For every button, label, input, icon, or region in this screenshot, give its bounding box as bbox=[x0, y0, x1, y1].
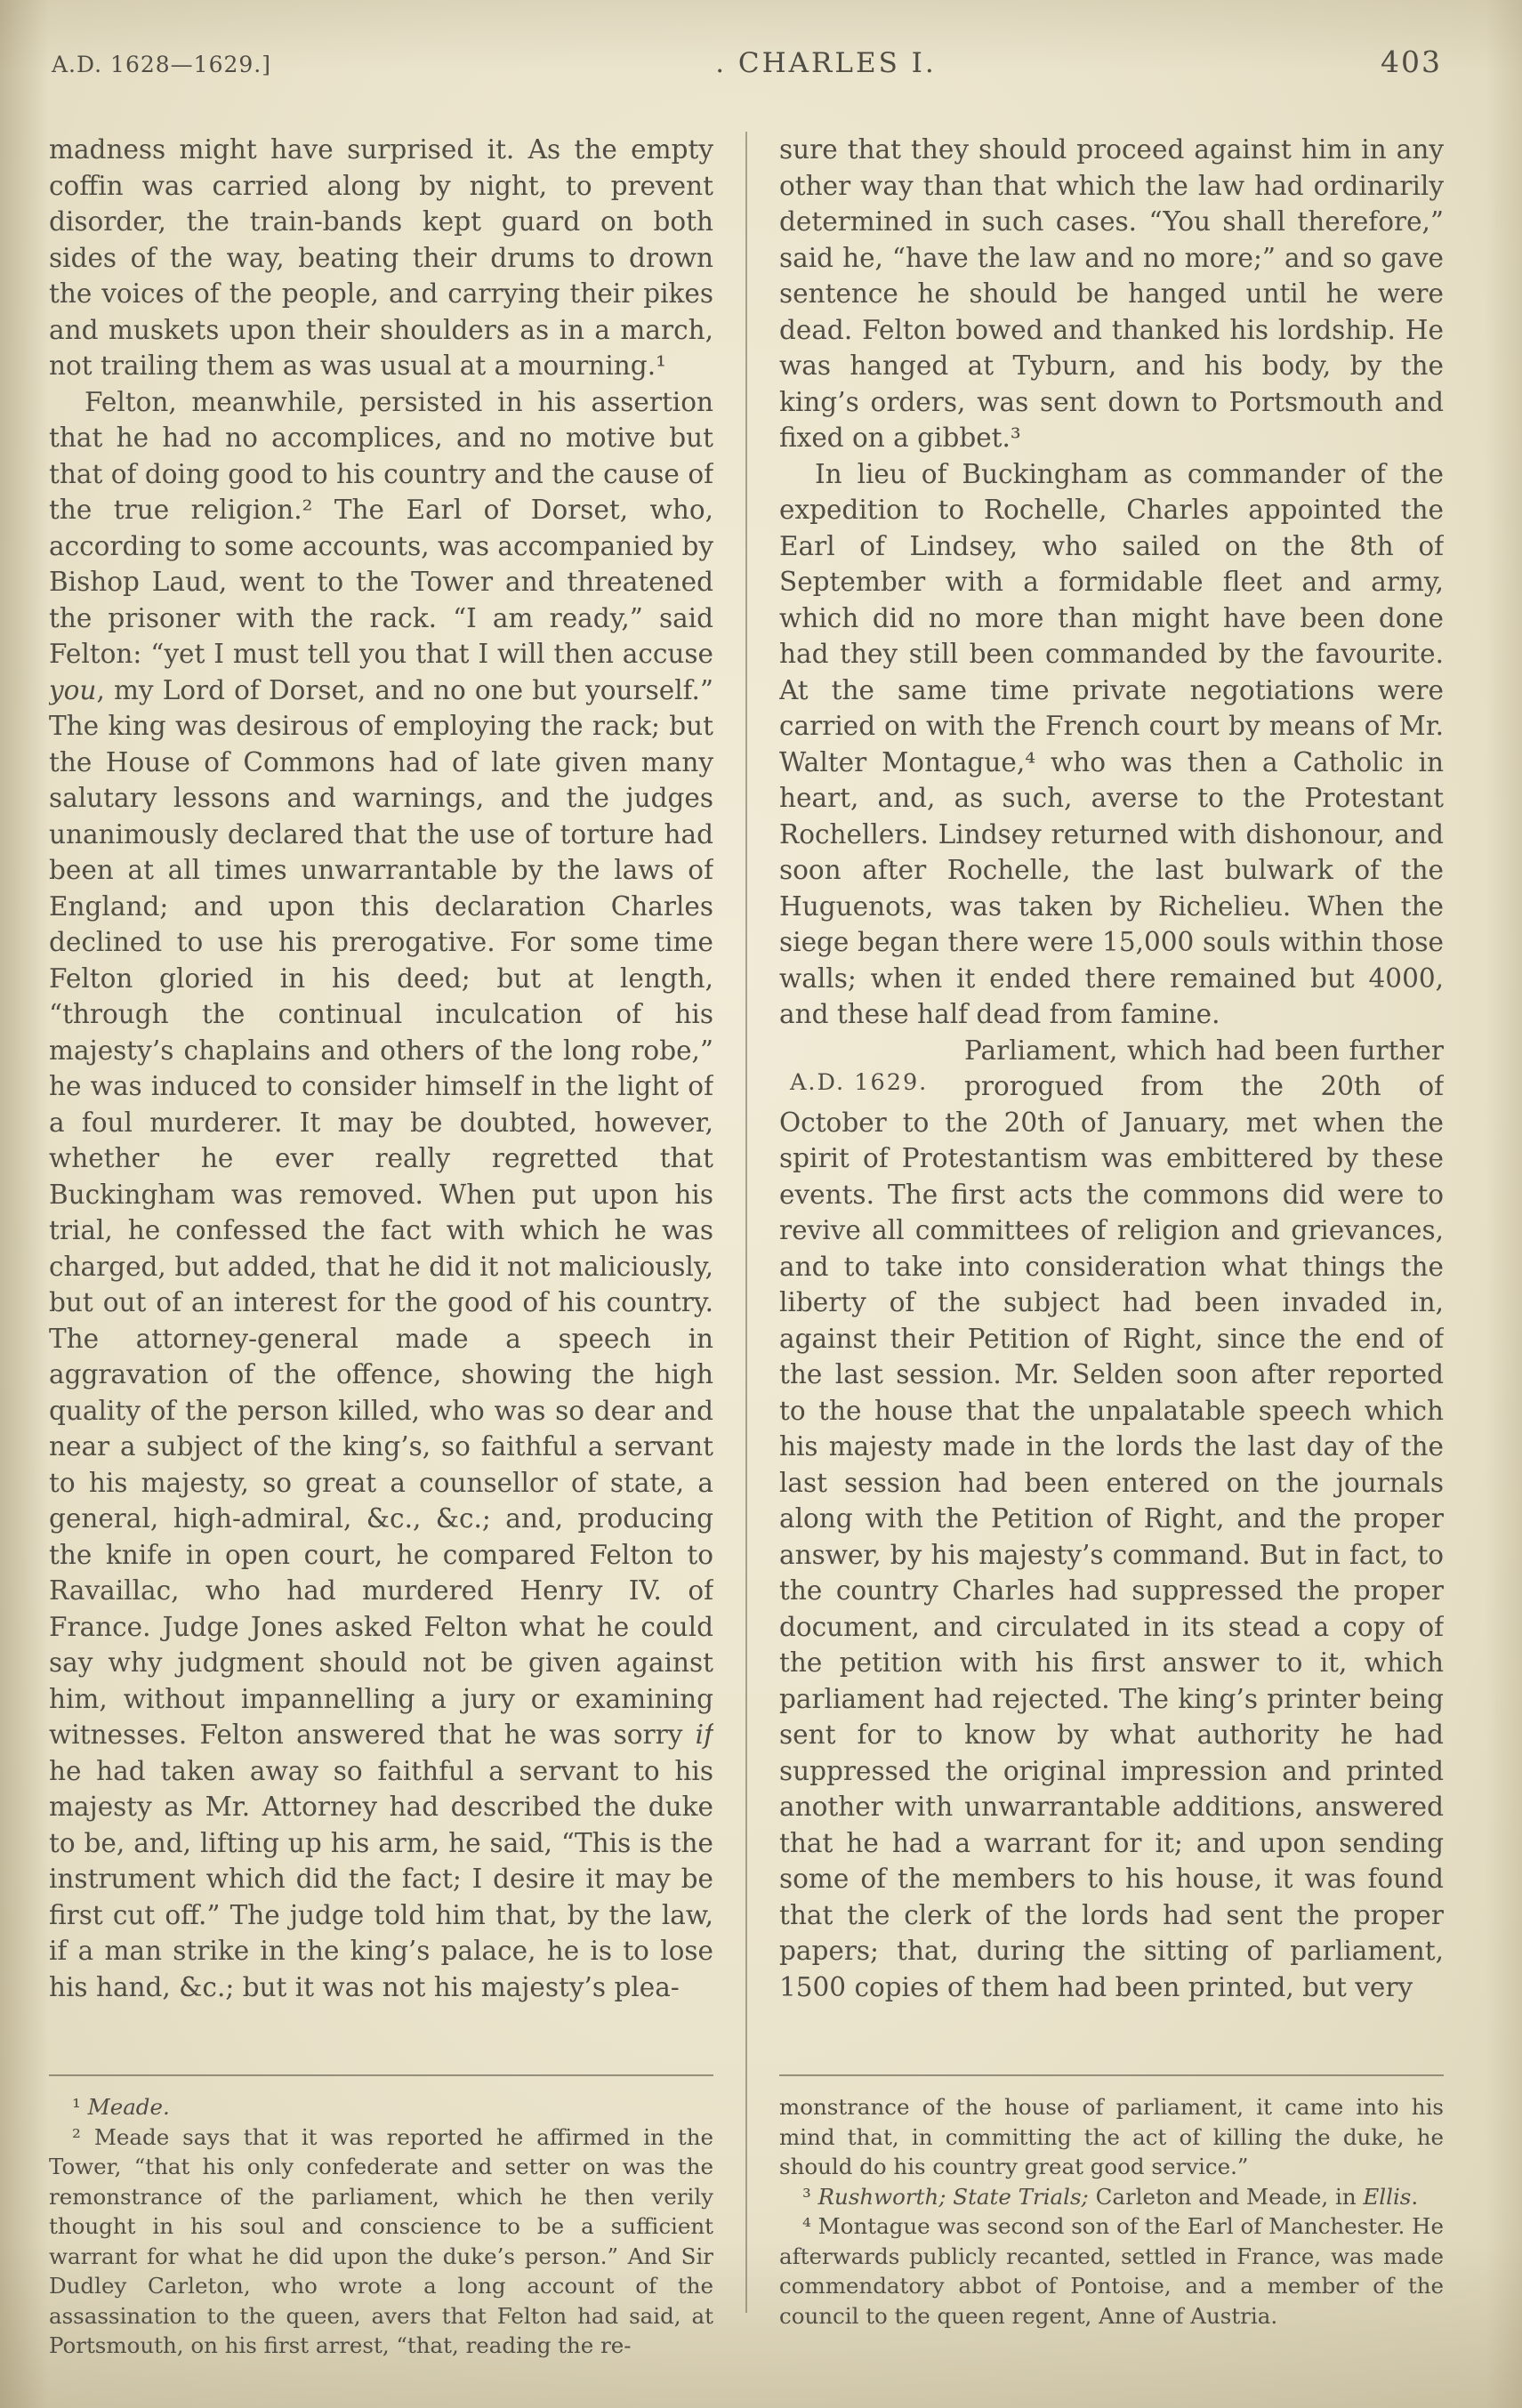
italic-text: Rushworth; State Trials; bbox=[818, 2184, 1089, 2210]
left-footnotes: ¹ Meade.² Meade says that it was reporte… bbox=[49, 2092, 713, 2361]
italic-text: Meade. bbox=[88, 2094, 170, 2120]
text-run: Carleton and Meade, in bbox=[1089, 2184, 1364, 2210]
text-run: ¹ bbox=[72, 2094, 88, 2120]
right-column-text: sure that they should proceed against hi… bbox=[779, 132, 1444, 2055]
paragraph: madness might have surprised it. As the … bbox=[49, 132, 713, 384]
paragraph: Felton, meanwhile, persisted in his asse… bbox=[49, 384, 713, 2006]
sidenote-date-box: A.D. 1629. bbox=[779, 1033, 964, 1105]
italic-text: Ellis bbox=[1363, 2184, 1411, 2210]
italic-text: if bbox=[696, 1719, 713, 1750]
header-page-number: 403 bbox=[1381, 44, 1442, 79]
left-column-text: madness might have surprised it. As the … bbox=[49, 132, 713, 2055]
paragraph: A.D. 1629.Parliament, which had been fur… bbox=[779, 1033, 1444, 2006]
text-run: , my Lord of Dorset, and no one but your… bbox=[49, 675, 713, 1751]
right-footnotes: monstrance of the house of parliament, i… bbox=[779, 2092, 1444, 2331]
text-run: ³ bbox=[802, 2184, 818, 2210]
footnote: ² Meade says that it was reported he aff… bbox=[49, 2122, 713, 2361]
text-run: monstrance of the house of parliament, i… bbox=[779, 2094, 1444, 2179]
book-page: A.D. 1628—1629.] . CHARLES I. 403 madnes… bbox=[0, 0, 1522, 2408]
left-column: madness might have surprised it. As the … bbox=[49, 132, 713, 2361]
page-body: madness might have surprised it. As the … bbox=[49, 132, 1444, 2361]
sidenote-date: A.D. 1629. bbox=[790, 1065, 928, 1101]
paragraph: In lieu of Buckingham as commander of th… bbox=[779, 456, 1444, 1033]
page-header: A.D. 1628—1629.] . CHARLES I. 403 bbox=[52, 44, 1442, 79]
text-run: Felton, meanwhile, persisted in his asse… bbox=[49, 387, 713, 670]
column-divider bbox=[745, 132, 747, 2313]
text-run: madness might have surprised it. As the … bbox=[49, 134, 713, 381]
paragraph: sure that they should proceed against hi… bbox=[779, 132, 1444, 456]
text-run: sure that they should proceed against hi… bbox=[779, 134, 1444, 453]
right-column: sure that they should proceed against hi… bbox=[779, 132, 1444, 2331]
text-run: . bbox=[1411, 2184, 1418, 2210]
footnote: monstrance of the house of parliament, i… bbox=[779, 2092, 1444, 2182]
right-footnote-rule bbox=[779, 2074, 1444, 2076]
text-run: ⁴ Montague was second son of the Earl of… bbox=[779, 2213, 1444, 2329]
left-footnote-rule bbox=[49, 2074, 713, 2076]
footnote: ³ Rushworth; State Trials; Carleton and … bbox=[779, 2182, 1444, 2212]
footnote: ¹ Meade. bbox=[49, 2092, 713, 2122]
text-run: he had taken away so faithful a servant … bbox=[49, 1756, 713, 2002]
italic-text: you bbox=[49, 675, 96, 705]
text-run: In lieu of Buckingham as commander of th… bbox=[779, 459, 1444, 1030]
header-running-title: . CHARLES I. bbox=[271, 47, 1381, 79]
text-run: Parliament, which had been further proro… bbox=[779, 1035, 1444, 2002]
footnote: ⁴ Montague was second son of the Earl of… bbox=[779, 2211, 1444, 2331]
header-date-range: A.D. 1628—1629.] bbox=[52, 52, 271, 77]
text-run: ² Meade says that it was reported he aff… bbox=[49, 2124, 713, 2359]
